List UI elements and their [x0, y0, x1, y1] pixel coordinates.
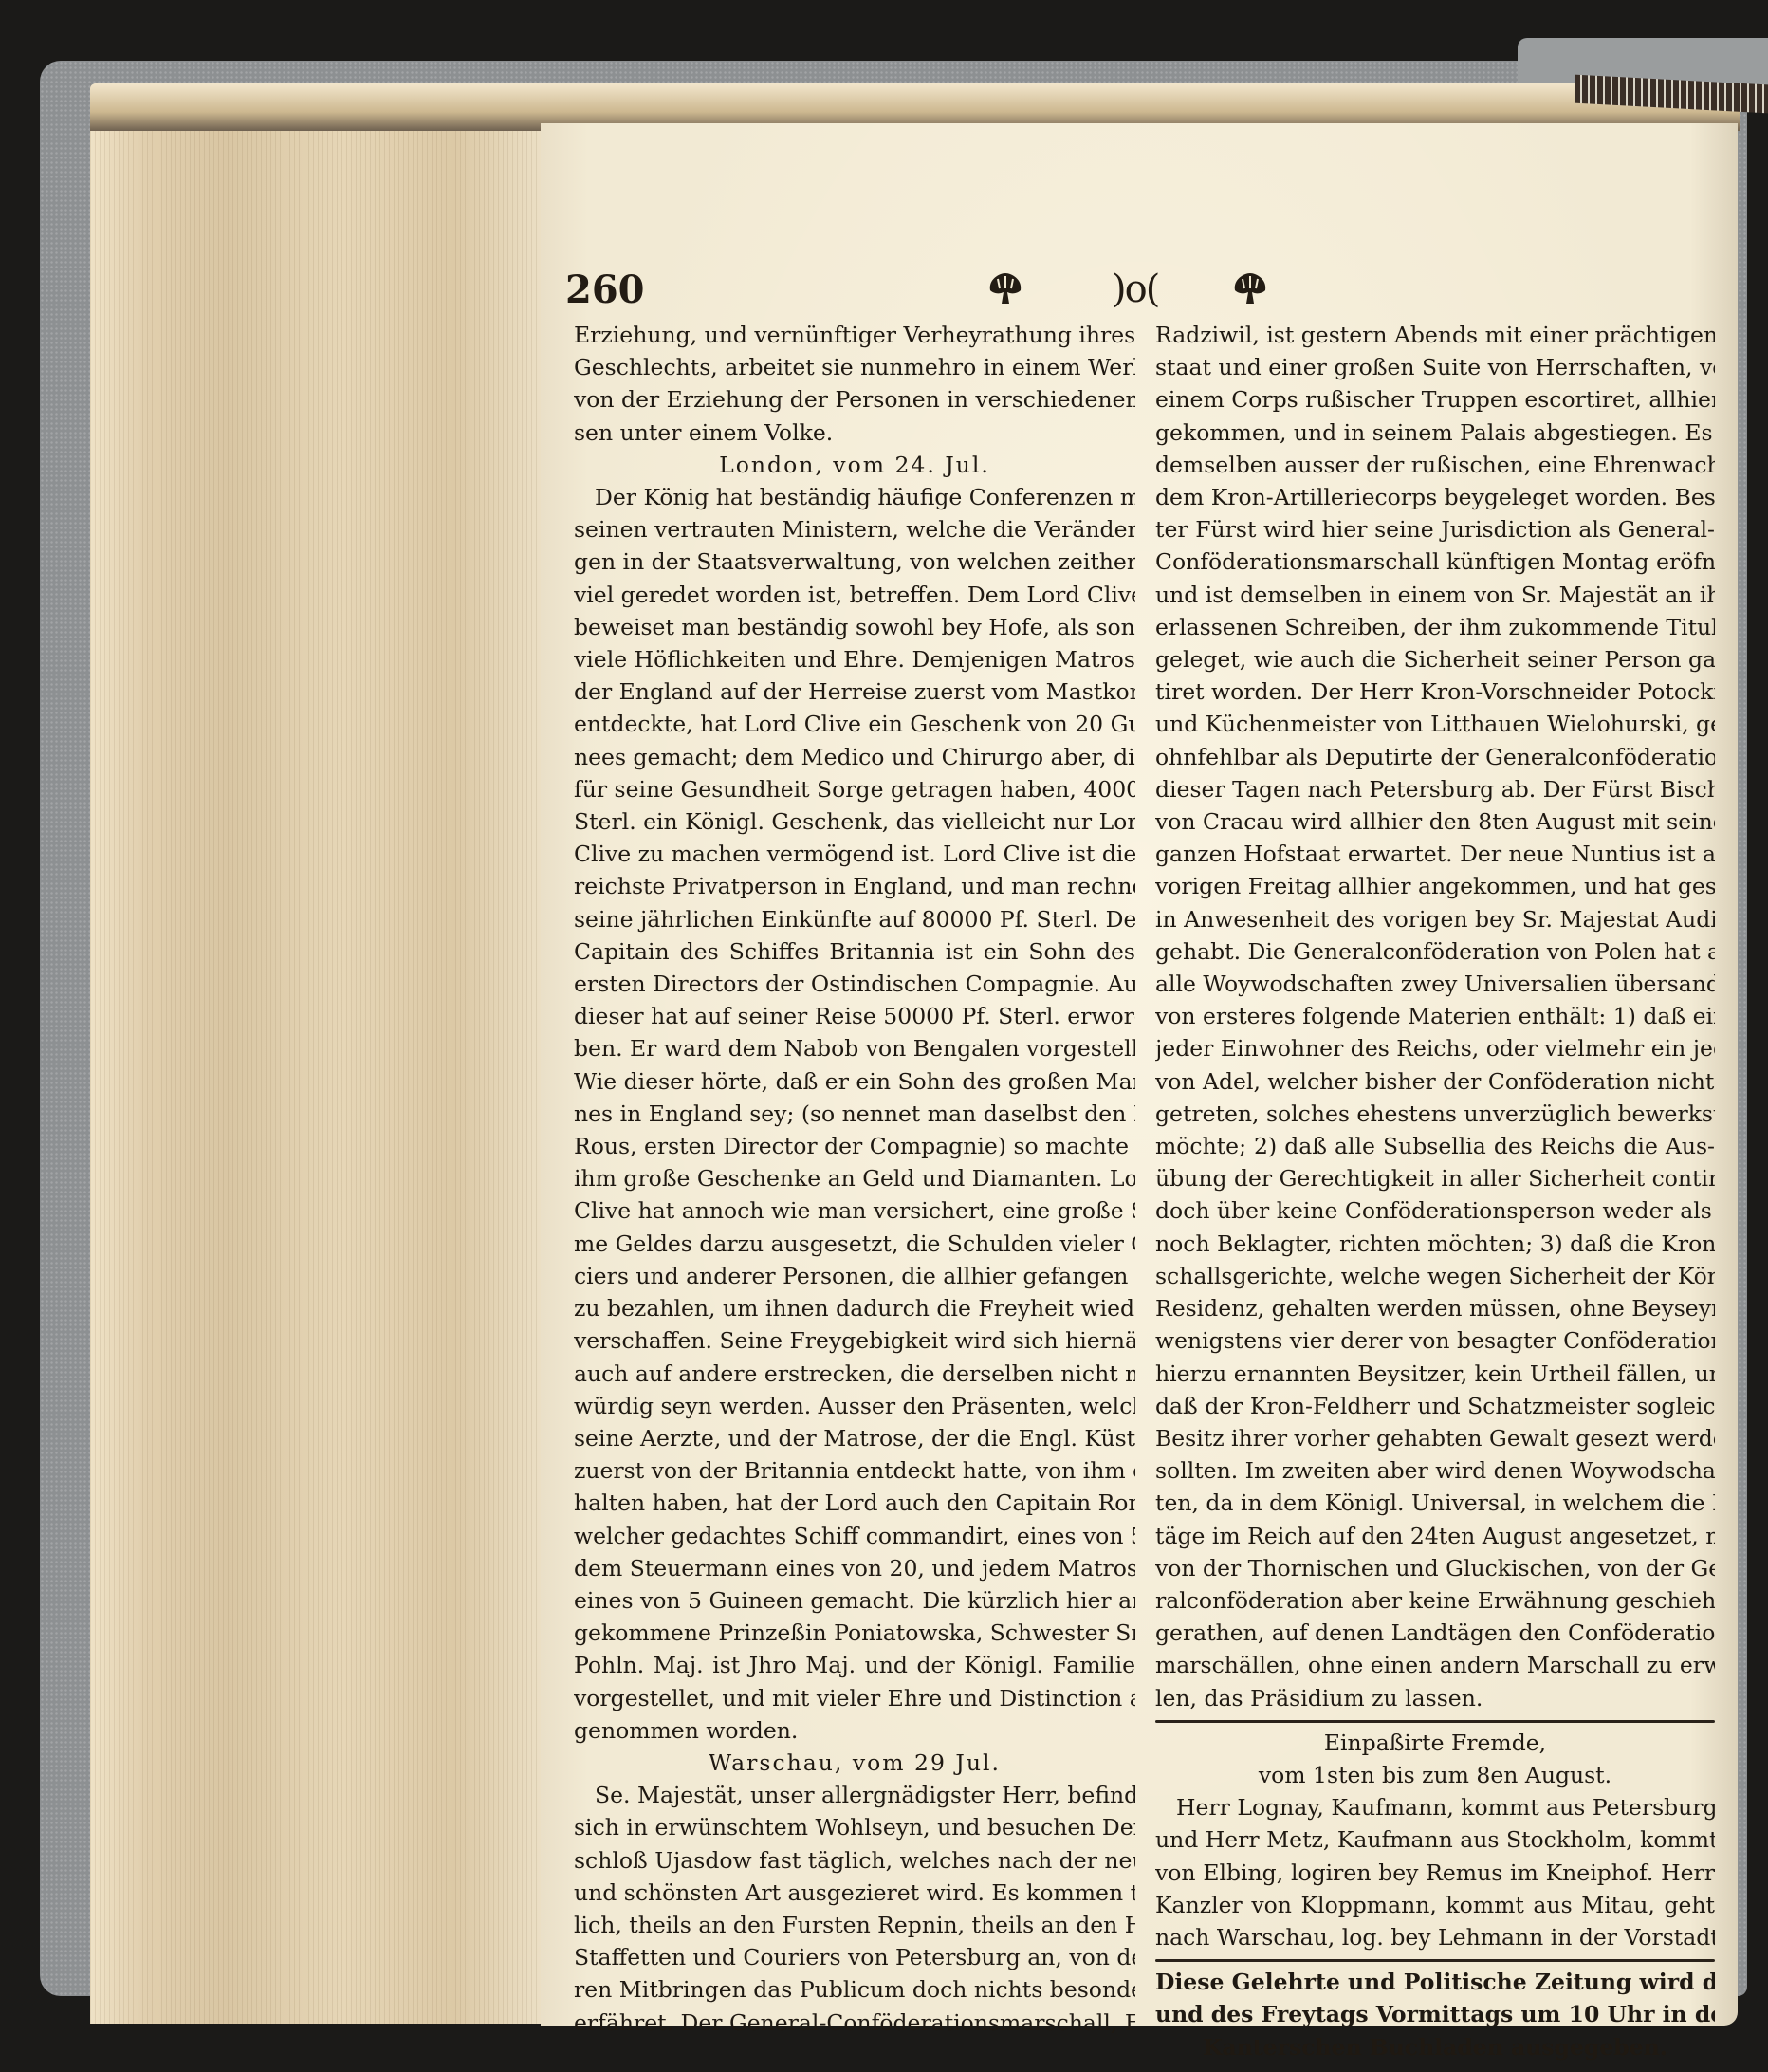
page-number: 260 [565, 268, 645, 312]
text-line: seinen vertrauten Ministern, welche die … [574, 513, 1135, 546]
text-line: eines von 5 Guineen gemacht. Die kürzlic… [574, 1584, 1135, 1617]
text-line: gekommen, und in seinem Palais abgestieg… [1155, 416, 1715, 449]
text-line: staat und einer großen Suite von Herrsch… [1155, 351, 1715, 383]
text-line: auch auf andere erstrecken, die derselbe… [574, 1358, 1135, 1390]
text-line: noch Beklagter, richten möchten; 3) daß … [1155, 1228, 1715, 1260]
text-line: alle Woywodschaften zwey Universalien üb… [1155, 968, 1715, 1000]
text-line: len, das Präsidium zu lassen. [1155, 1682, 1715, 1714]
text-line: doch über keine Conföderationsperson wed… [1155, 1194, 1715, 1227]
text-line: Wie dieser hörte, daß er ein Sohn des gr… [574, 1065, 1135, 1098]
text-line: ren Mitbringen das Publicum doch nichts … [574, 1973, 1135, 2006]
page-stack-edges [90, 83, 545, 2024]
publication-note-line: Diese Gelehrte und Politische Zeitung wi… [1155, 1966, 1715, 1998]
text-line: Residenz, gehalten werden müssen, ohne B… [1155, 1292, 1715, 1324]
text-line: täge im Reich auf den 24ten August anges… [1155, 1520, 1715, 1552]
text-line: gekommene Prinzeßin Poniatowska, Schwest… [574, 1617, 1135, 1649]
text-line: Clive hat annoch wie man versichert, ein… [574, 1194, 1135, 1227]
paragraph-first-line: Herr Lognay, Kaufmann, kommt aus Petersb… [1155, 1791, 1715, 1823]
text-line: Sterl. ein Königl. Geschenk, das viellei… [574, 805, 1135, 838]
text-line: Pohln. Maj. ist Jhro Maj. und der Königl… [574, 1649, 1135, 1681]
text-line: jeder Einwohner des Reichs, oder vielmeh… [1155, 1032, 1715, 1064]
text-line: Geschlechts, arbeitet sie nunmehro in ei… [574, 351, 1135, 383]
text-line: ter Fürst wird hier seine Jurisdiction a… [1155, 513, 1715, 546]
text-line: demselben ausser der rußischen, eine Ehr… [1155, 449, 1715, 481]
text-line: zu bezahlen, um ihnen dadurch die Freyhe… [574, 1292, 1135, 1324]
text-line: beweiset man beständig sowohl bey Hofe, … [574, 611, 1135, 643]
text-line: genommen worden. [574, 1714, 1135, 1747]
text-line: gehabt. Die Generalconföderation von Pol… [1155, 935, 1715, 968]
arrivals-list: Herr Lognay, Kaufmann, kommt aus Petersb… [1155, 1791, 1715, 1953]
text-line: gerathen, auf denen Landtägen den Conföd… [1155, 1617, 1715, 1649]
text-line: Radziwil, ist gestern Abends mit einer p… [1155, 319, 1715, 351]
text-line: Besitz ihrer vorher gehabten Gewalt gese… [1155, 1422, 1715, 1454]
text-line: Conföderationsmarschall künftigen Montag… [1155, 546, 1715, 578]
text-line: für seine Gesundheit Sorge getragen habe… [574, 773, 1135, 805]
text-line: in Anwesenheit des vorigen bey Sr. Majes… [1155, 903, 1715, 935]
text-line: wenigstens vier derer von besagter Confö… [1155, 1324, 1715, 1357]
text-line: daß der Kron-Feldherr und Schatzmeister … [1155, 1390, 1715, 1422]
text-line: und Küchenmeister von Litthauen Wielohur… [1155, 708, 1715, 740]
text-line: von Adel, welcher bisher der Conföderati… [1155, 1065, 1715, 1098]
text-line: reichste Privatperson in England, und ma… [574, 870, 1135, 902]
text-line: lich, theils an den Fursten Repnin, thei… [574, 1909, 1135, 1941]
text-line: dieser hat auf seiner Reise 50000 Pf. St… [574, 1000, 1135, 1032]
text-line: ralconföderation aber keine Erwähnung ge… [1155, 1584, 1715, 1617]
text-line: hierzu ernannten Beysitzer, kein Urtheil… [1155, 1358, 1715, 1390]
text-line: der England auf der Herreise zuerst vom … [574, 675, 1135, 708]
paragraph-first-line: Se. Majestät, unser allergnädigster Herr… [574, 1779, 1135, 1811]
text-line: sollten. Im zweiten aber wird denen Woyw… [1155, 1454, 1715, 1487]
paragraph-first-line: Der König hat beständig häufige Conferen… [574, 481, 1135, 513]
text-line: verschaffen. Seine Freygebigkeit wird si… [574, 1324, 1135, 1357]
text-line: von Cracau wird allhier den 8ten August … [1155, 805, 1715, 838]
text-line: schloß Ujasdow fast täglich, welches nac… [574, 1844, 1135, 1877]
text-line: Staffetten und Couriers von Petersburg a… [574, 1941, 1135, 1973]
text-line: ciers und anderer Personen, die allhier … [574, 1260, 1135, 1292]
text-line: ersten Directors der Ostindischen Compag… [574, 968, 1135, 1000]
text-line: einem Corps rußischer Truppen escortiret… [1155, 383, 1715, 416]
text-line: möchte; 2) daß alle Subsellia des Reichs… [1155, 1130, 1715, 1162]
text-line: von der Thornischen und Gluckischen, von… [1155, 1552, 1715, 1584]
text-line: von ersteres folgende Materien enthält: … [1155, 1000, 1715, 1032]
text-line: me Geldes darzu ausgesetzt, die Schulden… [574, 1228, 1135, 1260]
shell-ornament-icon [1231, 271, 1269, 305]
text-line: nach Warschau, log. bey Lehmann in der V… [1155, 1921, 1715, 1953]
text-line: erlassenen Schreiben, der ihm zukommende… [1155, 611, 1715, 643]
section-divider [1155, 1959, 1715, 1962]
text-line: geleget, wie auch die Sicherheit seiner … [1155, 643, 1715, 675]
text-line: Capitain des Schiffes Britannia ist ein … [574, 935, 1135, 968]
text-line: schallsgerichte, welche wegen Sicherheit… [1155, 1260, 1715, 1292]
text-line: vorgestellet, und mit vieler Ehre und Di… [574, 1682, 1135, 1714]
text-line: würdig seyn werden. Ausser den Präsenten… [574, 1390, 1135, 1422]
text-line: seine Aerzte, und der Matrose, der die E… [574, 1422, 1135, 1454]
text-line: dem Kron-Artilleriecorps beygeleget word… [1155, 481, 1715, 513]
warsaw-report-continued: Radziwil, ist gestern Abends mit einer p… [1155, 319, 1715, 1714]
header-ornament-center: )o( [1112, 268, 1158, 311]
text-line: welcher gedachtes Schiff commandirt, ein… [574, 1520, 1135, 1552]
text-line: dem Steuermann eines von 20, und jedem M… [574, 1552, 1135, 1584]
text-line: seine jährlichen Einkünfte auf 80000 Pf.… [574, 903, 1135, 935]
right-text-column: Radziwil, ist gestern Abends mit einer p… [1155, 319, 1715, 2063]
text-line: entdeckte, hat Lord Clive ein Geschenk v… [574, 708, 1135, 740]
arrivals-title: Einpaßirte Fremde, [1155, 1727, 1715, 1759]
text-line: nees gemacht; dem Medico und Chirurgo ab… [574, 741, 1135, 773]
publication-note: Diese Gelehrte und Politische Zeitung wi… [1155, 1966, 1715, 2063]
text-line: übung der Gerechtigkeit in aller Sicherh… [1155, 1162, 1715, 1194]
section-divider [1155, 1720, 1715, 1723]
text-line: ten, da in dem Königl. Universal, in wel… [1155, 1487, 1715, 1519]
text-line: ganzen Hofstaat erwartet. Der neue Nunti… [1155, 838, 1715, 870]
publication-note-line: Kanterschen Buchladen ausgegeben. [1155, 2031, 1715, 2063]
shell-ornament-icon [986, 271, 1024, 305]
text-line: ohnfehlbar als Deputirte der Generalconf… [1155, 741, 1715, 773]
text-line: ben. Er ward dem Nabob von Bengalen vorg… [574, 1032, 1135, 1064]
text-line: und schönsten Art ausgezieret wird. Es k… [574, 1877, 1135, 1909]
text-line: sen unter einem Volke. [574, 416, 1135, 449]
text-line: tiret worden. Der Herr Kron-Vorschneider… [1155, 675, 1715, 708]
text-line: ihm große Geschenke an Geld und Diamante… [574, 1162, 1135, 1194]
text-line: halten haben, hat der Lord auch den Capi… [574, 1487, 1135, 1519]
text-line: Rous, ersten Director der Compagnie) so … [574, 1130, 1135, 1162]
arrivals-subtitle: vom 1sten bis zum 8en August. [1155, 1759, 1715, 1791]
text-line: Erziehung, und vernünftiger Verheyrathun… [574, 319, 1135, 351]
text-line: von Elbing, logiren bey Remus im Kneipho… [1155, 1857, 1715, 1889]
text-line: und Herr Metz, Kaufmann aus Stockholm, k… [1155, 1823, 1715, 1856]
text-line: gen in der Staatsverwaltung, von welchen… [574, 546, 1135, 578]
text-line: dieser Tagen nach Petersburg ab. Der Für… [1155, 773, 1715, 805]
dateline-heading: London, vom 24. Jul. [574, 449, 1135, 481]
text-line: zuerst von der Britannia entdeckt hatte,… [574, 1454, 1135, 1487]
publication-note-line: und des Freytags Vormittags um 10 Uhr in… [1155, 1998, 1715, 2030]
text-line: viele Höflichkeiten und Ehre. Demjenigen… [574, 643, 1135, 675]
text-line: viel geredet worden ist, betreffen. Dem … [574, 579, 1135, 611]
text-line: Clive zu machen vermögend ist. Lord Cliv… [574, 838, 1135, 870]
text-line: vorigen Freitag allhier angekommen, und … [1155, 870, 1715, 902]
text-line: marschällen, ohne einen andern Marschall… [1155, 1649, 1715, 1681]
text-line: getreten, solches ehestens unverzüglich … [1155, 1098, 1715, 1130]
text-line: nes in England sey; (so nennet man dasel… [574, 1098, 1135, 1130]
text-line: von der Erziehung der Personen in versch… [574, 383, 1135, 416]
text-line: Kanzler von Kloppmann, kommt aus Mitau, … [1155, 1889, 1715, 1921]
text-line: erfähret. Der General-Conföderationsmars… [574, 2007, 1135, 2039]
dateline-heading: Warschau, vom 29 Jul. [574, 1747, 1135, 1779]
text-line: und ist demselben in einem von Sr. Majes… [1155, 579, 1715, 611]
text-line: sich in erwünschtem Wohlseyn, und besuch… [574, 1811, 1135, 1843]
left-text-column: Erziehung, und vernünftiger Verheyrathun… [574, 319, 1135, 2039]
